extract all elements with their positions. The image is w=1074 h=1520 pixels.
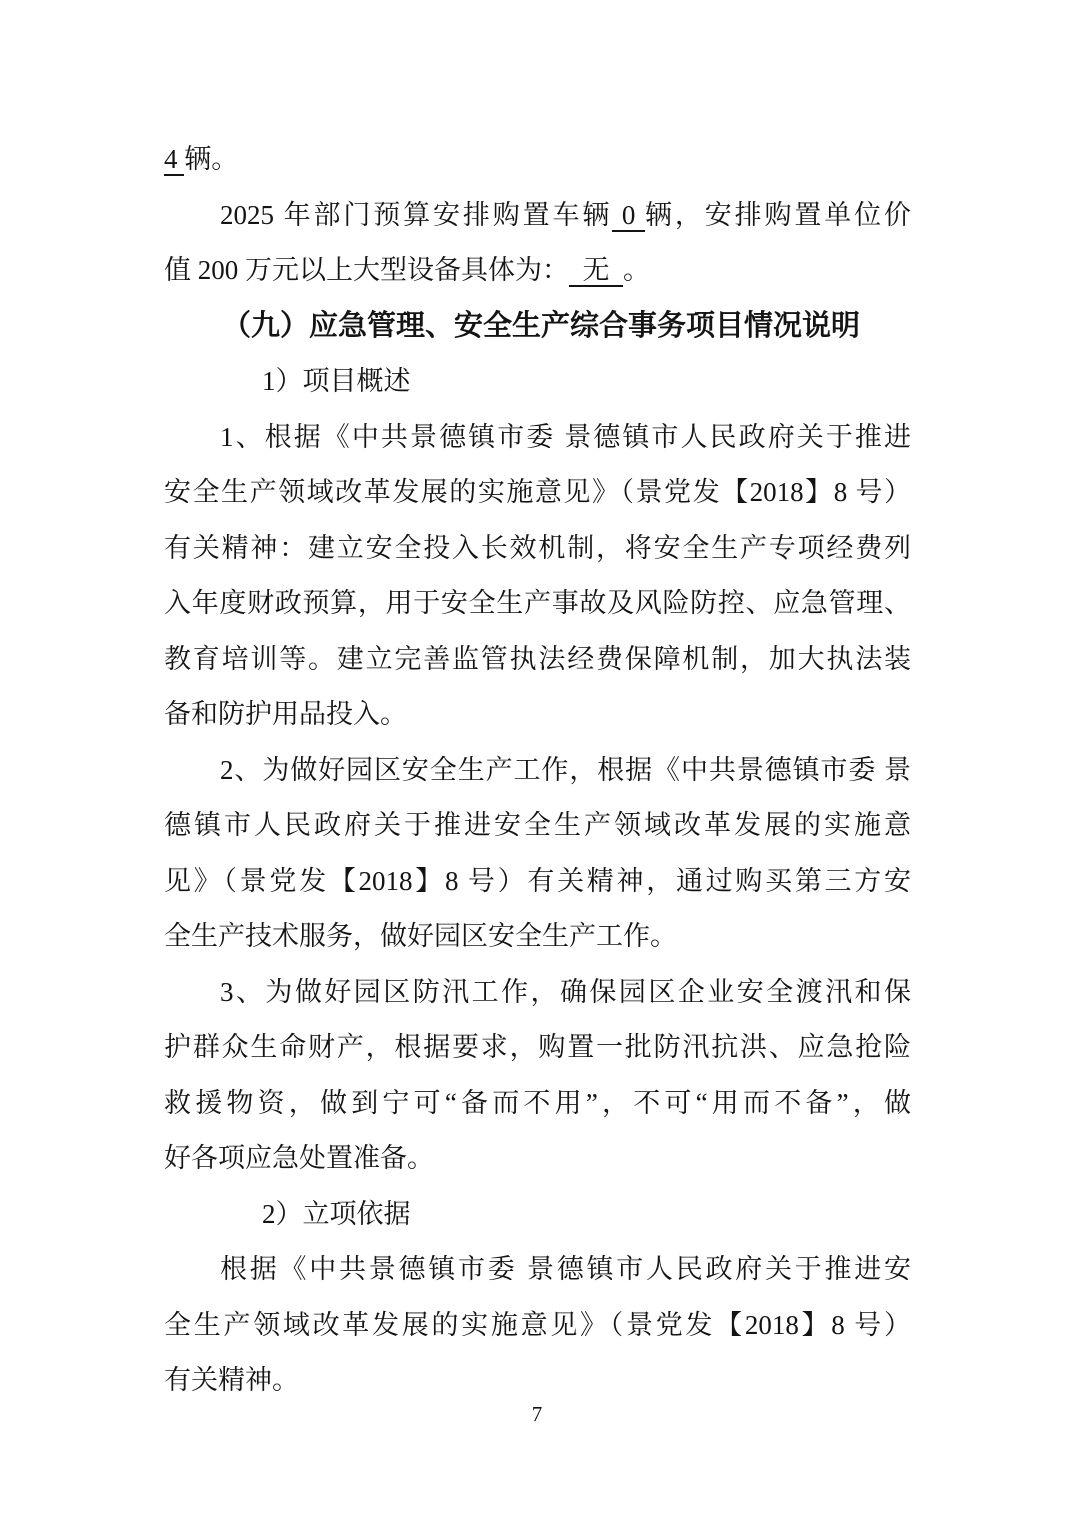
text-line: 全生产技术服务，做好园区安全生产工作。 [164, 909, 911, 965]
line-text: 辆，安排购置单位价 [645, 200, 911, 230]
text-line: 救援物资，做到宁可“备而不用”，不可“用而不备”，做 [164, 1076, 911, 1132]
text-line: 值 200 万元以上大型设备具体为： 无 。 [164, 243, 911, 299]
text-line: 安全生产领域改革发展的实施意见》（景党发【2018】8 号） [164, 465, 911, 521]
text-line: 4 辆。 [164, 132, 911, 188]
underlined-value: 4 [164, 144, 184, 176]
document-body: 4 辆。 2025 年部门预算安排购置车辆 0 辆，安排购置单位价 值 200 … [164, 132, 911, 1409]
line-text: 值 200 万元以上大型设备具体为： [164, 255, 569, 285]
text-line: 根据《中共景德镇市委 景德镇市人民政府关于推进安 [164, 1242, 911, 1298]
line-text: 辆。 [184, 144, 238, 174]
sub-heading: 1）项目概述 [164, 354, 911, 410]
text-line: 备和防护用品投入。 [164, 687, 911, 743]
document-page: 4 辆。 2025 年部门预算安排购置车辆 0 辆，安排购置单位价 值 200 … [0, 0, 1074, 1520]
text-line: 护群众生命财产，根据要求，购置一批防汛抗洪、应急抢险 [164, 1020, 911, 1076]
text-line: 德镇市人民政府关于推进安全生产领域改革发展的实施意 [164, 798, 911, 854]
text-line: 好各项应急处置准备。 [164, 1131, 911, 1187]
text-line: 3、为做好园区防汛工作，确保园区企业安全渡汛和保 [164, 965, 911, 1021]
line-text: 。 [623, 255, 650, 285]
section-heading: （九）应急管理、安全生产综合事务项目情况说明 [164, 299, 911, 355]
underlined-value: 无 [569, 255, 623, 287]
text-line: 全生产领域改革发展的实施意见》（景党发【2018】8 号） [164, 1298, 911, 1354]
text-line: 教育培训等。建立完善监管执法经费保障机制，加大执法装 [164, 632, 911, 688]
text-line: 1、根据《中共景德镇市委 景德镇市人民政府关于推进 [164, 410, 911, 466]
text-line: 见》（景党发【2018】8 号）有关精神，通过购买第三方安 [164, 854, 911, 910]
text-line: 2025 年部门预算安排购置车辆 0 辆，安排购置单位价 [164, 188, 911, 244]
text-line: 2、为做好园区安全生产工作，根据《中共景德镇市委 景 [164, 743, 911, 799]
line-text: 2025 年部门预算安排购置车辆 [220, 200, 612, 230]
text-line: 有关精神：建立安全投入长效机制，将安全生产专项经费列 [164, 521, 911, 577]
page-number: 7 [0, 1398, 1074, 1430]
text-line: 入年度财政预算，用于安全生产事故及风险防控、应急管理、 [164, 576, 911, 632]
sub-heading: 2）立项依据 [164, 1187, 911, 1243]
underlined-value: 0 [612, 200, 645, 232]
